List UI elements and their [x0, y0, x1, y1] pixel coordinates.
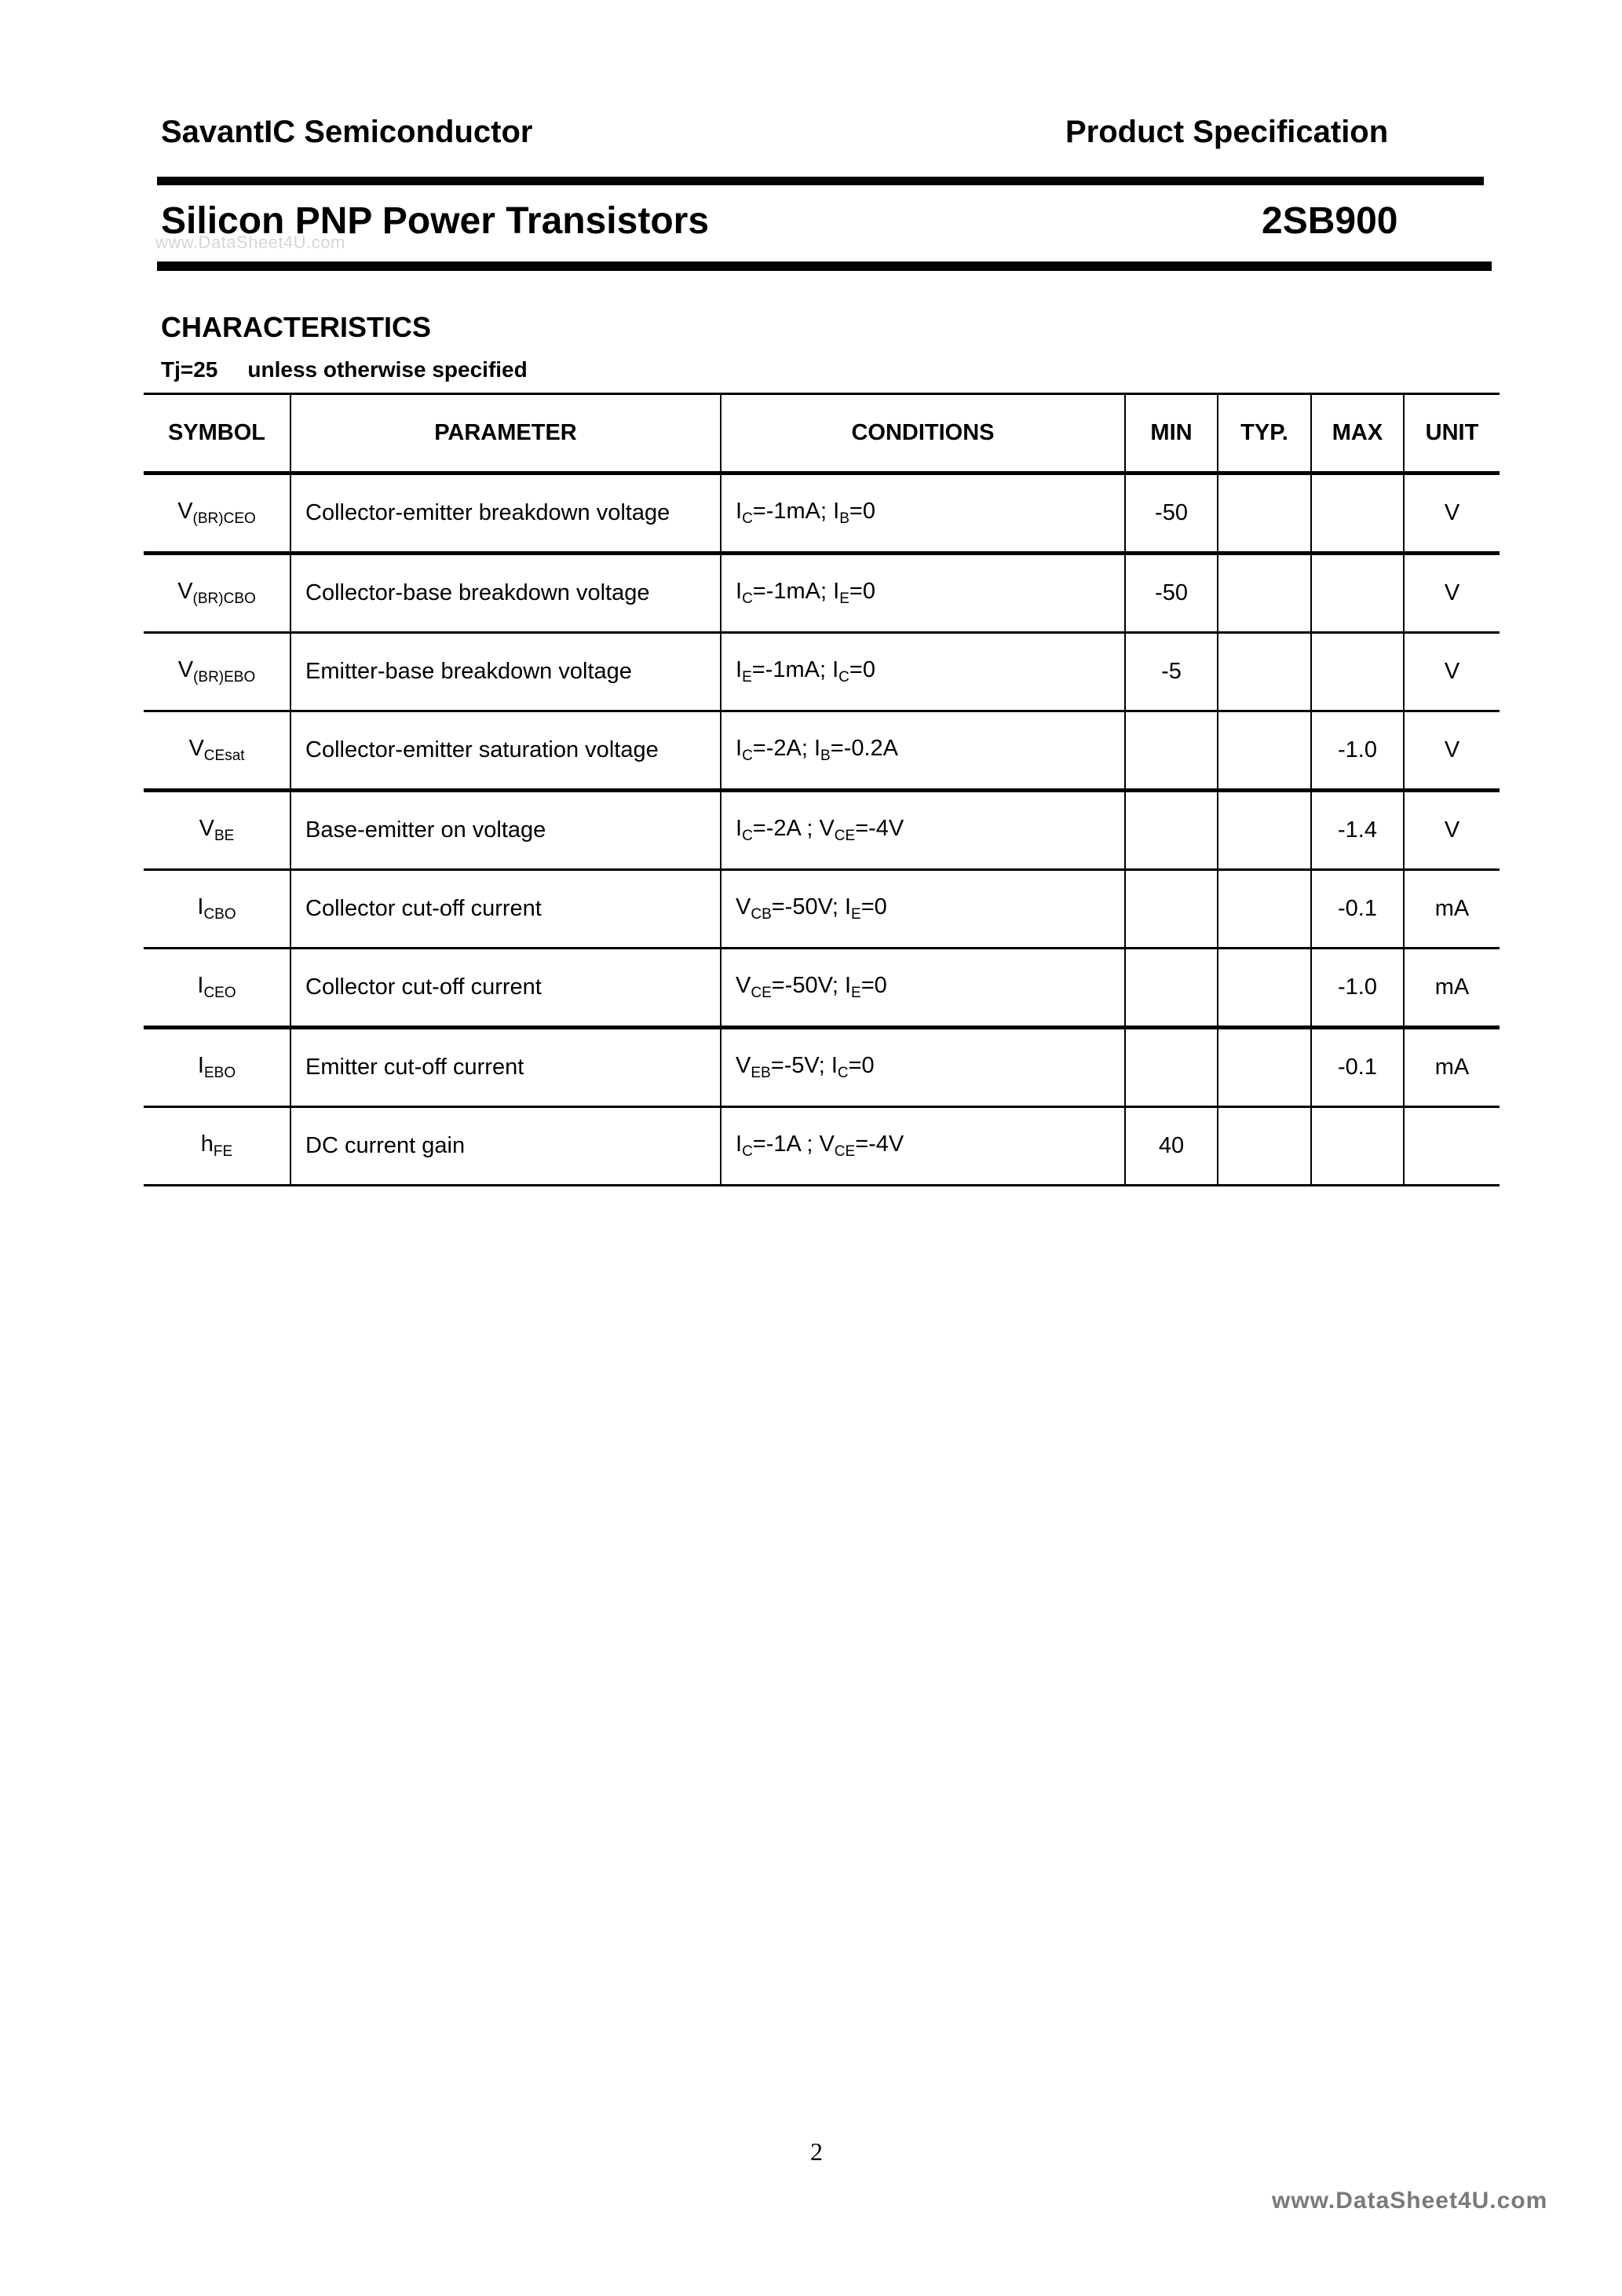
condition-subscript: CE: [835, 828, 855, 844]
header-parameter: PARAMETER: [290, 394, 721, 473]
condition-value: =-1A ;: [753, 1132, 820, 1157]
cell-unit: V: [1404, 473, 1500, 554]
symbol-subscript: BE: [214, 828, 234, 844]
cell-conditions: VEB=-5V; IC=0: [721, 1028, 1125, 1107]
part-number: 2SB900: [1262, 199, 1397, 243]
condition-base: I: [845, 894, 851, 919]
cell-unit: V: [1404, 633, 1500, 711]
watermark-link[interactable]: www.DataSheet4U.com: [1272, 2188, 1547, 2214]
symbol-subscript: (BR)EBO: [193, 669, 255, 686]
header-max: MAX: [1311, 394, 1404, 473]
cell-max: [1311, 633, 1404, 711]
condition-base: V: [736, 894, 751, 919]
section-title: CHARACTERISTICS: [161, 311, 431, 344]
cell-parameter: Emitter cut-off current: [290, 1028, 721, 1107]
cell-symbol: VCEsat: [144, 711, 290, 791]
cell-parameter: Base-emitter on voltage: [290, 791, 721, 870]
cell-min: [1125, 1028, 1218, 1107]
cell-symbol: V(BR)CBO: [144, 554, 290, 633]
condition-value: =0: [861, 973, 887, 998]
cell-min: [1125, 791, 1218, 870]
condition-base: I: [833, 579, 839, 604]
cell-symbol: V(BR)CEO: [144, 473, 290, 554]
cell-symbol: V(BR)EBO: [144, 633, 290, 711]
cell-typ: [1218, 870, 1311, 949]
condition-value: =0: [849, 657, 875, 682]
condition-text: unless otherwise specified: [247, 357, 527, 382]
cell-min: [1125, 870, 1218, 949]
cell-min: -50: [1125, 473, 1218, 554]
header-unit: UNIT: [1404, 394, 1500, 473]
cell-min: -5: [1125, 633, 1218, 711]
cell-max: [1311, 554, 1404, 633]
condition-subscript: C: [742, 510, 753, 527]
condition-value: =-0.2A: [831, 736, 898, 761]
cell-conditions: IC=-1A ; VCE=-4V: [721, 1107, 1125, 1186]
condition-value: =0: [849, 579, 875, 604]
company-name: SavantIC Semiconductor: [161, 115, 532, 150]
condition-base: I: [736, 499, 742, 524]
page-number: 2: [810, 2137, 823, 2166]
cell-min: -50: [1125, 554, 1218, 633]
cell-symbol: hFE: [144, 1107, 290, 1186]
cell-max: -1.0: [1311, 949, 1404, 1028]
cell-symbol: ICEO: [144, 949, 290, 1028]
cell-conditions: IC=-2A; IB=-0.2A: [721, 711, 1125, 791]
cell-unit: V: [1404, 711, 1500, 791]
cell-symbol: ICBO: [144, 870, 290, 949]
condition-value: =-2A ;: [753, 816, 820, 841]
table-row: V(BR)CBOCollector-base breakdown voltage…: [144, 554, 1500, 633]
cell-typ: [1218, 1107, 1311, 1186]
table-row: hFEDC current gainIC=-1A ; VCE=-4V40: [144, 1107, 1500, 1186]
cell-typ: [1218, 633, 1311, 711]
condition-base: I: [831, 1053, 838, 1078]
condition-value: =-4V: [855, 816, 904, 841]
condition-subscript: E: [851, 906, 861, 923]
cell-unit: [1404, 1107, 1500, 1186]
symbol-base: V: [177, 579, 192, 604]
symbol-subscript: (BR)CEO: [193, 510, 256, 527]
header-typ: TYP.: [1218, 394, 1311, 473]
cell-conditions: IE=-1mA; IC=0: [721, 633, 1125, 711]
junction-temp-label: Tj=25: [161, 357, 217, 382]
symbol-base: h: [201, 1132, 214, 1157]
condition-base: I: [736, 816, 742, 841]
symbol-subscript: (BR)CBO: [193, 590, 256, 607]
condition-value: =0: [849, 1053, 875, 1078]
cell-parameter: Collector-emitter saturation voltage: [290, 711, 721, 791]
symbol-subscript: EBO: [204, 1065, 236, 1081]
table-row: IEBOEmitter cut-off currentVEB=-5V; IC=0…: [144, 1028, 1500, 1107]
condition-base: V: [736, 973, 751, 998]
cell-symbol: IEBO: [144, 1028, 290, 1107]
condition-base: I: [833, 499, 839, 524]
cell-unit: mA: [1404, 949, 1500, 1028]
condition-subscript: B: [820, 748, 831, 764]
cell-conditions: VCE=-50V; IE=0: [721, 949, 1125, 1028]
table-row: ICBOCollector cut-off currentVCB=-50V; I…: [144, 870, 1500, 949]
condition-subscript: C: [838, 669, 849, 686]
cell-min: [1125, 949, 1218, 1028]
symbol-base: V: [177, 499, 192, 524]
cell-typ: [1218, 791, 1311, 870]
cell-conditions: VCB=-50V; IE=0: [721, 870, 1125, 949]
header-symbol: SYMBOL: [144, 394, 290, 473]
condition-subscript: C: [838, 1065, 849, 1081]
cell-max: -1.4: [1311, 791, 1404, 870]
symbol-base: V: [188, 736, 203, 761]
condition-subscript: EB: [751, 1065, 770, 1081]
cell-typ: [1218, 1028, 1311, 1107]
cell-parameter: DC current gain: [290, 1107, 721, 1186]
condition-value: =-1mA;: [753, 499, 833, 524]
symbol-base: V: [178, 657, 193, 682]
condition-value: =-2A;: [753, 736, 814, 761]
cell-min: [1125, 711, 1218, 791]
condition-base: I: [845, 973, 851, 998]
cell-conditions: IC=-2A ; VCE=-4V: [721, 791, 1125, 870]
header-rule-bottom: [157, 261, 1492, 271]
symbol-subscript: CEO: [203, 985, 236, 1001]
cell-parameter: Emitter-base breakdown voltage: [290, 633, 721, 711]
table-row: V(BR)CEOCollector-emitter breakdown volt…: [144, 473, 1500, 554]
symbol-base: V: [199, 816, 214, 841]
condition-subscript: E: [742, 669, 752, 686]
cell-typ: [1218, 473, 1311, 554]
cell-symbol: VBE: [144, 791, 290, 870]
condition-base: I: [736, 1132, 742, 1157]
condition-value: =0: [849, 499, 875, 524]
condition-subscript: CE: [751, 985, 771, 1001]
header-rule-top: [157, 177, 1484, 185]
condition-subscript: E: [851, 985, 861, 1001]
condition-value: =-50V;: [772, 973, 845, 998]
document-type: Product Specification: [1065, 115, 1388, 150]
condition-base: I: [814, 736, 820, 761]
condition-base: I: [736, 736, 742, 761]
condition-value: =-5V;: [771, 1053, 831, 1078]
symbol-subscript: FE: [214, 1143, 232, 1160]
condition-subscript: E: [839, 590, 849, 607]
cell-unit: V: [1404, 554, 1500, 633]
cell-max: -0.1: [1311, 870, 1404, 949]
condition-subscript: C: [742, 590, 753, 607]
header-min: MIN: [1125, 394, 1218, 473]
characteristics-table: SYMBOL PARAMETER CONDITIONS MIN TYP. MAX…: [144, 393, 1500, 1186]
header-conditions: CONDITIONS: [721, 394, 1125, 473]
condition-subscript: C: [742, 1143, 753, 1160]
condition-subscript: CE: [835, 1143, 855, 1160]
symbol-base: I: [198, 1053, 204, 1078]
cell-unit: V: [1404, 791, 1500, 870]
cell-parameter: Collector cut-off current: [290, 870, 721, 949]
condition-base: I: [832, 657, 838, 682]
symbol-subscript: CEsat: [204, 748, 245, 764]
condition-subscript: C: [742, 748, 753, 764]
condition-value: =-1mA;: [752, 657, 832, 682]
condition-base: I: [736, 657, 742, 682]
condition-value: =-50V;: [772, 894, 845, 919]
table-row: ICEOCollector cut-off currentVCE=-50V; I…: [144, 949, 1500, 1028]
cell-parameter: Collector cut-off current: [290, 949, 721, 1028]
cell-typ: [1218, 711, 1311, 791]
condition-subscript: C: [742, 828, 753, 844]
table-row: VBEBase-emitter on voltageIC=-2A ; VCE=-…: [144, 791, 1500, 870]
cell-typ: [1218, 949, 1311, 1028]
cell-conditions: IC=-1mA; IE=0: [721, 554, 1125, 633]
cell-parameter: Collector-emitter breakdown voltage: [290, 473, 721, 554]
cell-min: 40: [1125, 1107, 1218, 1186]
cell-max: [1311, 1107, 1404, 1186]
condition-base: I: [736, 579, 742, 604]
condition-base: V: [819, 1132, 834, 1157]
cell-unit: mA: [1404, 870, 1500, 949]
condition-value: =0: [861, 894, 887, 919]
table-row: V(BR)EBOEmitter-base breakdown voltageIE…: [144, 633, 1500, 711]
condition-subscript: CB: [751, 906, 771, 923]
condition-base: V: [736, 1053, 751, 1078]
cell-unit: mA: [1404, 1028, 1500, 1107]
cell-max: [1311, 473, 1404, 554]
cell-max: -1.0: [1311, 711, 1404, 791]
symbol-subscript: CBO: [203, 906, 236, 923]
condition-subscript: B: [839, 510, 849, 527]
cell-conditions: IC=-1mA; IB=0: [721, 473, 1125, 554]
watermark-small: www.DataSheet4U.com: [155, 232, 345, 253]
table-header-row: SYMBOL PARAMETER CONDITIONS MIN TYP. MAX…: [144, 394, 1500, 473]
table-row: VCEsatCollector-emitter saturation volta…: [144, 711, 1500, 791]
cell-typ: [1218, 554, 1311, 633]
condition-base: V: [819, 816, 834, 841]
test-condition-note: Tj=25unless otherwise specified: [161, 357, 528, 382]
condition-value: =-4V: [855, 1132, 904, 1157]
cell-max: -0.1: [1311, 1028, 1404, 1107]
condition-value: =-1mA;: [753, 579, 833, 604]
cell-parameter: Collector-base breakdown voltage: [290, 554, 721, 633]
